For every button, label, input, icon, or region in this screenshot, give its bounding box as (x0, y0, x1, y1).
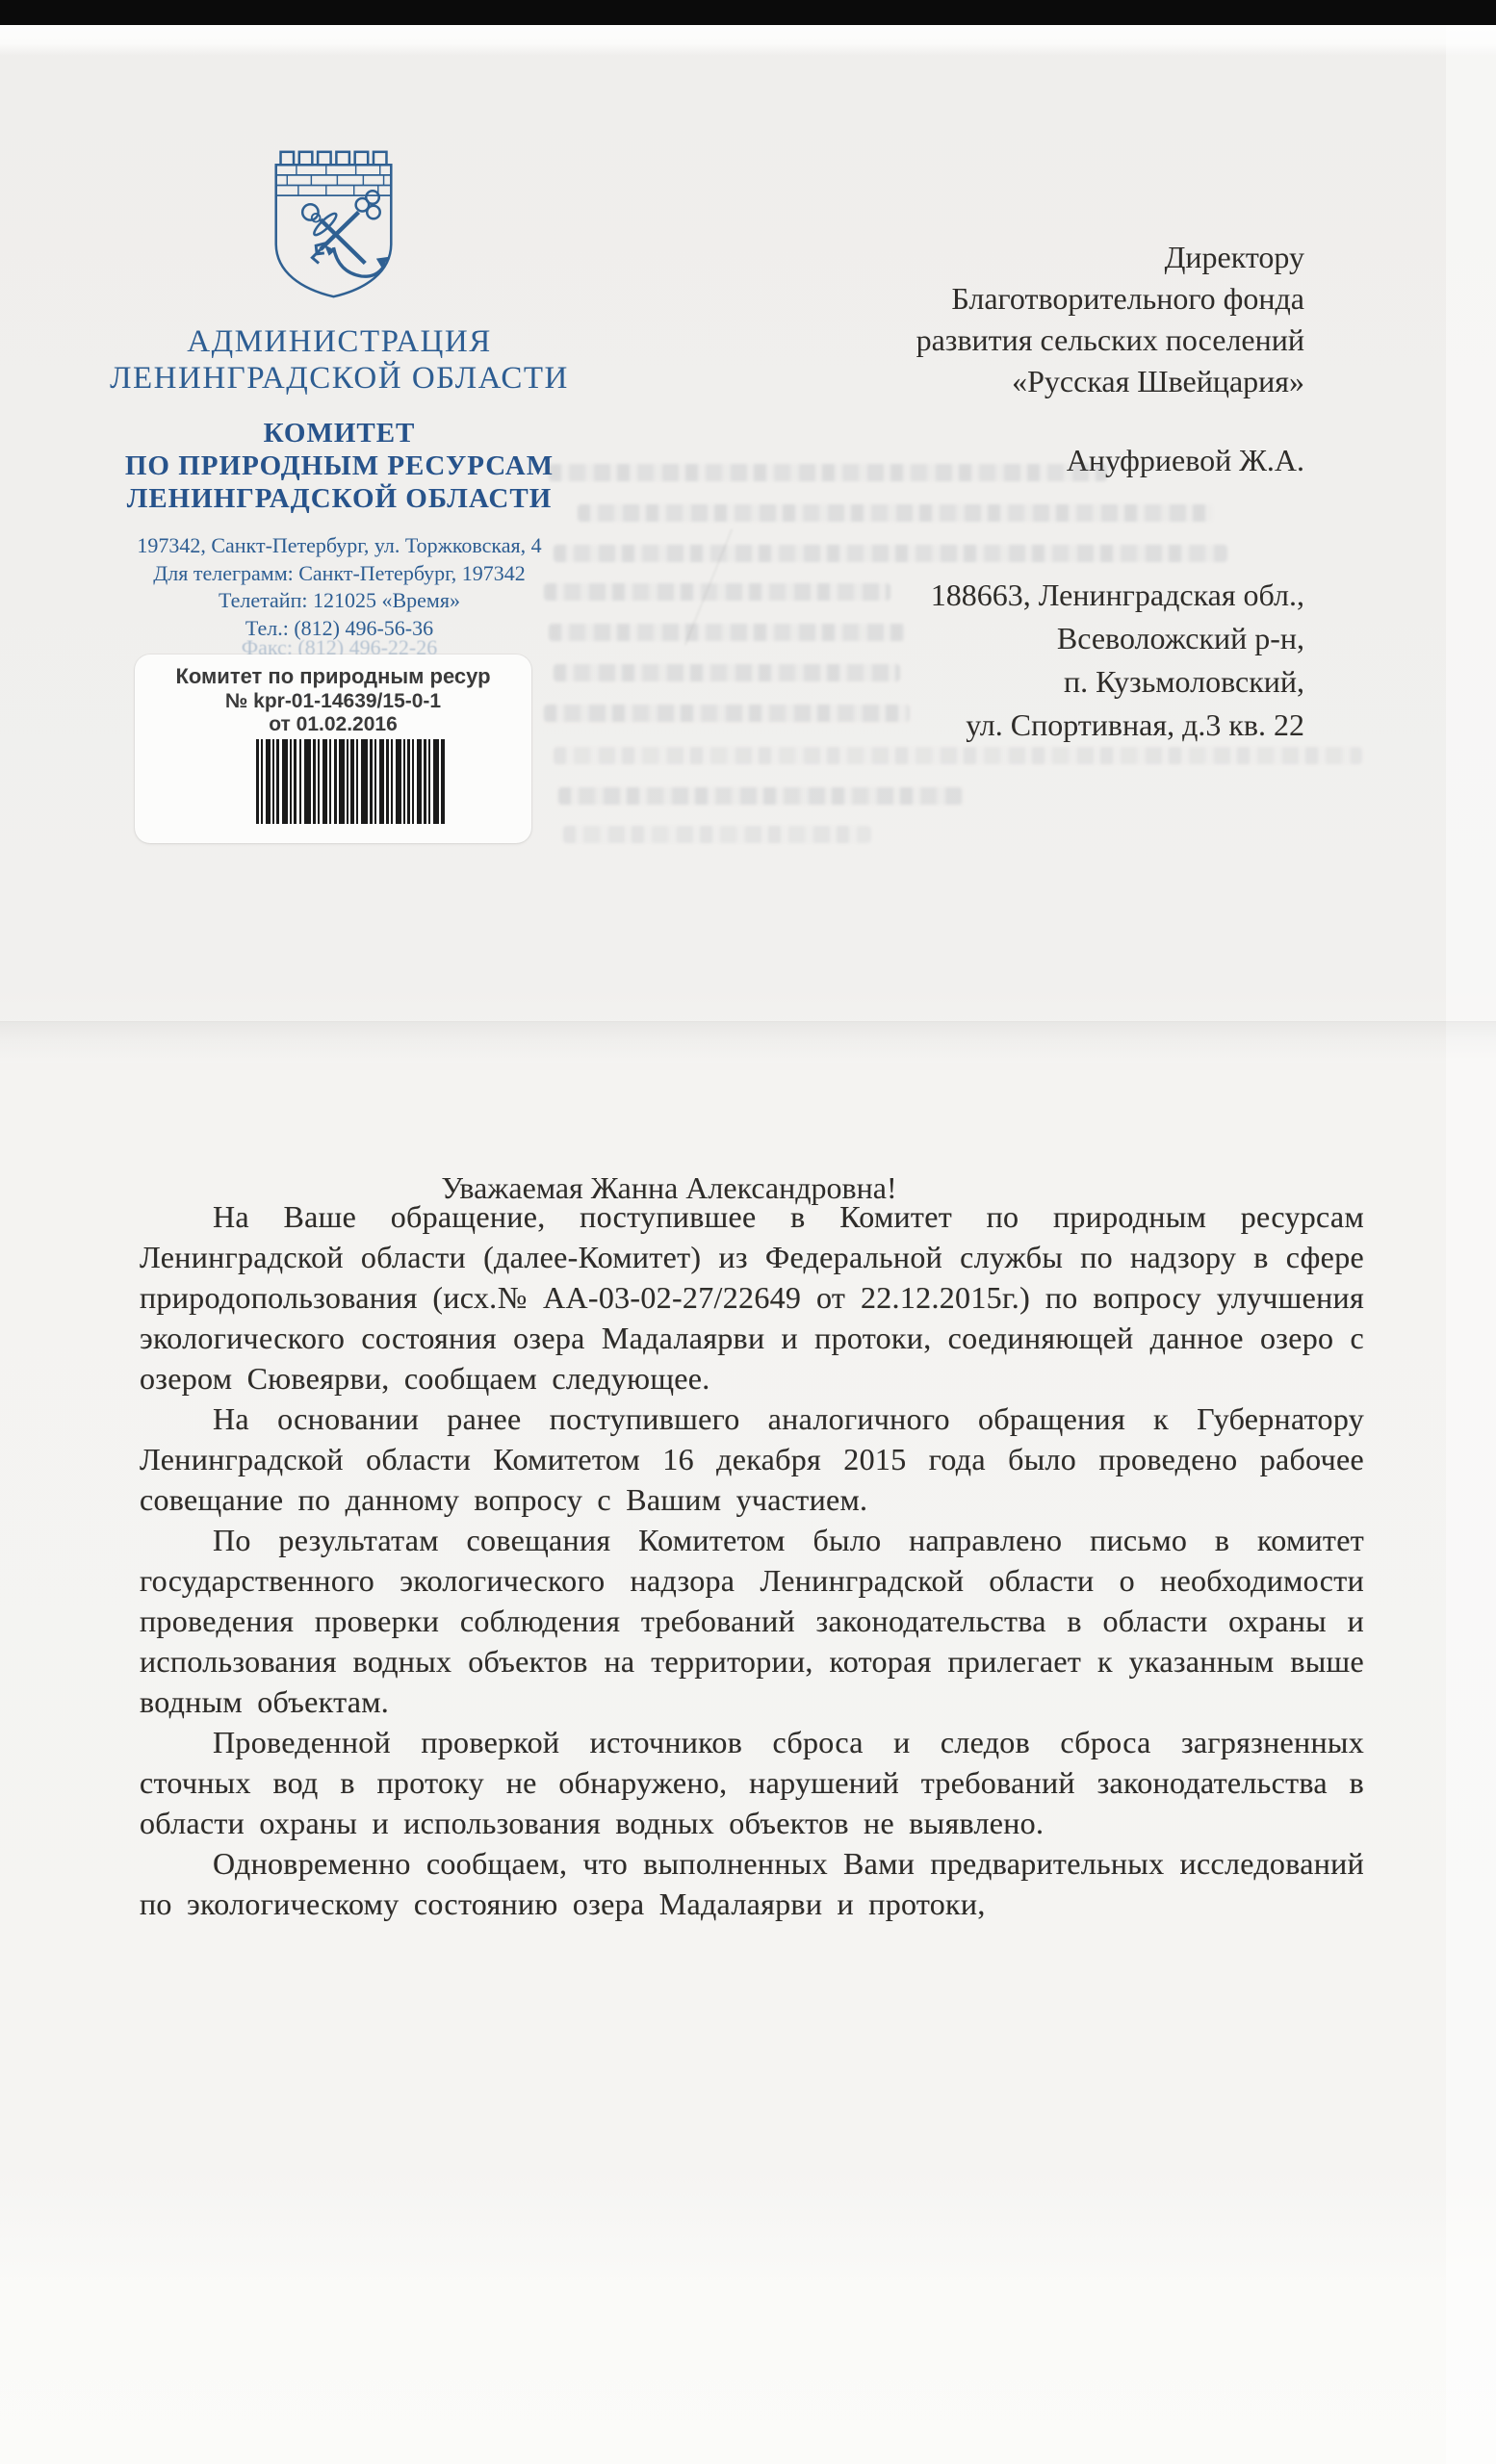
bleed-through-artifact (578, 504, 1213, 522)
scanned-letter-page: { "letterhead": { "org_line1": "АДМИНИСТ… (0, 0, 1496, 2464)
bleed-through-artifact (563, 826, 871, 843)
registration-sticker: Комитет по природным ресур № kpr-01-1463… (135, 654, 531, 843)
bleed-through-artifact (549, 464, 1107, 481)
recipient-org-line3: «Русская Швейцария» (789, 361, 1304, 402)
scanner-right-edge (1446, 25, 1496, 2464)
body-paragraph: По результатам совещания Комитетом было … (140, 1520, 1364, 1722)
letterhead-committee: КОМИТЕТ ПО ПРИРОДНЫМ РЕСУРСАМ ЛЕНИНГРАДС… (91, 417, 587, 515)
sticker-reg-number: № kpr-01-14639/15-0-1 (135, 689, 531, 713)
bleed-through-artifact (544, 583, 890, 601)
recipient-org-line2: развития сельских поселений (789, 320, 1304, 361)
committee-line3: ЛЕНИНГРАДСКОЙ ОБЛАСТИ (91, 482, 587, 515)
bleed-through-artifact (558, 787, 963, 805)
letterhead-organization: АДМИНИСТРАЦИЯ ЛЕНИНГРАДСКОЙ ОБЛАСТИ (91, 323, 587, 397)
org-name-line1: АДМИНИСТРАЦИЯ (91, 323, 587, 360)
committee-line1: КОМИТЕТ (91, 417, 587, 449)
telegram-address: Для телеграмм: Санкт-Петербург, 197342 (91, 560, 587, 588)
barcode-icon (256, 739, 445, 824)
sticker-org-name: Комитет по природным ресур (135, 664, 531, 689)
recipient-title: Директору (789, 237, 1304, 278)
postal-address: 197342, Санкт-Петербург, ул. Торжковская… (91, 532, 587, 560)
bleed-through-artifact (554, 664, 900, 681)
org-name-line2: ЛЕНИНГРАДСКОЙ ОБЛАСТИ (91, 360, 587, 397)
paper-top-edge (0, 25, 1496, 56)
recipient-block: Директору Благотворительного фонда разви… (789, 237, 1304, 402)
body-paragraph: Проведенной проверкой источников сброса … (140, 1722, 1364, 1843)
battlement (281, 152, 387, 166)
coat-of-arms-leningrad-oblast-icon (269, 143, 399, 310)
bleed-through-artifact (544, 705, 910, 722)
body-paragraph: Одновременно сообщаем, что выполненных В… (140, 1843, 1364, 1924)
sticker-reg-date: от 01.02.2016 (135, 713, 531, 736)
scanner-black-edge (0, 0, 1496, 25)
recipient-org-line1: Благотворительного фонда (789, 278, 1304, 320)
committee-line2: ПО ПРИРОДНЫМ РЕСУРСАМ (91, 449, 587, 482)
letterhead-contacts: 197342, Санкт-Петербург, ул. Торжковская… (91, 532, 587, 642)
bleed-through-artifact (549, 624, 905, 641)
letter-body: На Ваше обращение, поступившее в Комитет… (140, 1196, 1364, 1924)
body-paragraph: На Ваше обращение, поступившее в Комитет… (140, 1196, 1364, 1399)
body-paragraph: На основании ранее поступившего аналогич… (140, 1399, 1364, 1520)
bleed-through-artifact (554, 545, 1227, 562)
fold-crease-shading (0, 1022, 1496, 1063)
bleed-through-artifact (554, 747, 1362, 764)
teletype: Телетайп: 121025 «Время» (91, 587, 587, 615)
